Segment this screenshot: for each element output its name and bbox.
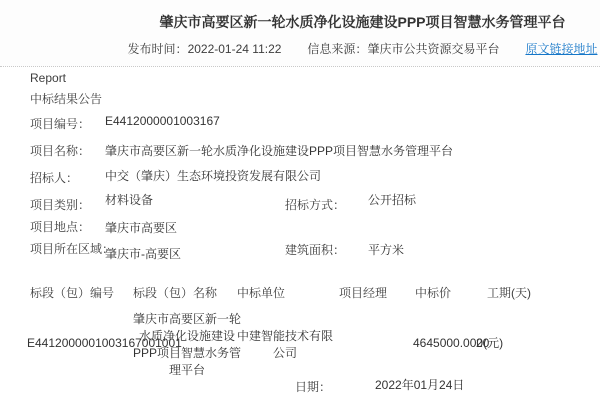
field-value-building-area: 平方米 <box>368 243 404 258</box>
field-label-project-location: 项目地点： <box>30 220 90 235</box>
field-value-tender-method: 公开招标 <box>368 193 416 208</box>
meta-row: 发布时间：2022-01-24 11:22 信息来源：肇庆市公共资源交易平台 原… <box>130 41 595 57</box>
info-source: 信息来源：肇庆市公共资源交易平台 <box>307 41 499 57</box>
field-label-project-name: 项目名称： <box>30 144 90 159</box>
col-header-section-name: 标段（包）名称 <box>133 286 217 301</box>
field-value-project-region: 肇庆市-高要区 <box>105 247 181 262</box>
publish-time: 发布时间：2022-01-24 11:22 <box>128 41 282 57</box>
field-label-project-region: 项目所在区域： <box>30 242 114 257</box>
info-source-value: 肇庆市公共资源交易平台 <box>367 42 499 56</box>
col-header-section-number: 标段（包）编号 <box>30 286 114 301</box>
announcement-title: 中标结果公告 <box>30 92 102 107</box>
field-label-tenderer: 招标人： <box>30 171 78 186</box>
announcement-page: 肇庆市高要区新一轮水质净化设施建设PPP项目智慧水务管理平台 发布时间：2022… <box>0 0 600 405</box>
report-section-label: Report <box>30 71 66 86</box>
page-title: 肇庆市高要区新一轮水质净化设施建设PPP项目智慧水务管理平台 <box>130 13 595 31</box>
field-label-project-number: 项目编号： <box>30 117 90 132</box>
col-header-duration: 工期(天) <box>487 286 531 301</box>
cell-section-name: 肇庆市高要区新一轮水质净化设施建设PPP项目智慧水务管理平台 <box>130 311 244 379</box>
date-label: 日期： <box>295 380 331 395</box>
col-header-bid-price: 中标价 <box>415 286 451 301</box>
field-value-project-number: E4412000001003167 <box>105 114 220 129</box>
publish-time-label: 发布时间： <box>128 42 188 56</box>
field-label-project-category: 项目类别： <box>30 198 90 213</box>
col-header-winning-bidder: 中标单位 <box>237 286 285 301</box>
document-header: 肇庆市高要区新一轮水质净化设施建设PPP项目智慧水务管理平台 发布时间：2022… <box>0 0 600 67</box>
cell-duration: 20 <box>476 336 489 351</box>
cell-winning-bidder: 中建智能技术有限公司 <box>237 328 333 362</box>
cell-bid-price: 4645000.000(元) <box>413 336 503 351</box>
field-label-building-area: 建筑面积： <box>285 243 345 258</box>
field-value-tenderer: 中交（肇庆）生态环境投资发展有限公司 <box>105 169 321 184</box>
original-link[interactable]: 原文链接地址 <box>525 41 597 57</box>
field-value-project-location: 肇庆市高要区 <box>105 221 177 236</box>
publish-time-value: 2022-01-24 11:22 <box>188 42 282 56</box>
field-value-project-category: 材料设备 <box>105 193 153 208</box>
field-label-tender-method: 招标方式： <box>285 198 345 213</box>
col-header-project-manager: 项目经理 <box>339 286 387 301</box>
info-source-label: 信息来源： <box>307 42 367 56</box>
field-value-project-name: 肇庆市高要区新一轮水质净化设施建设PPP项目智慧水务管理平台 <box>105 144 453 159</box>
date-value: 2022年01月24日 <box>375 378 464 393</box>
